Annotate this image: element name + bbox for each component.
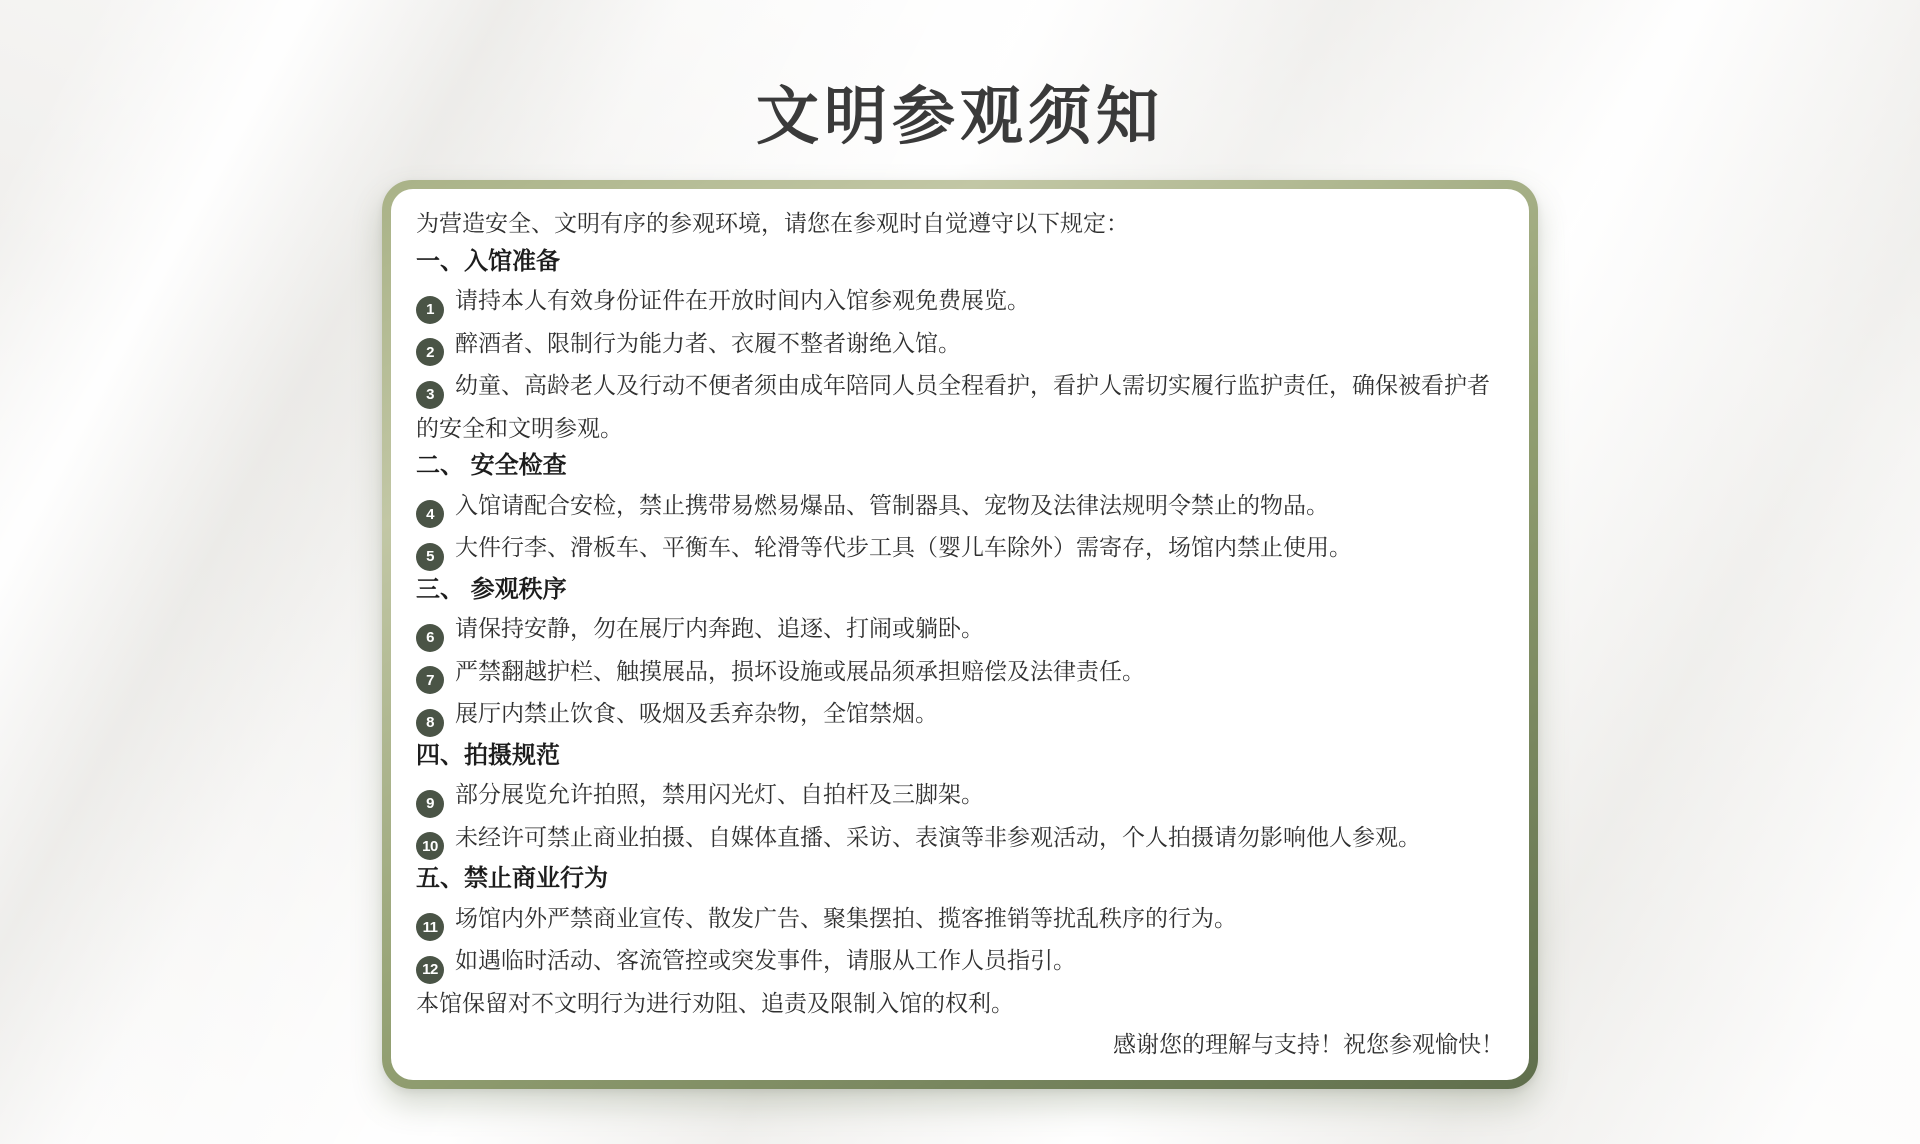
thanks-line: 感谢您的理解与支持！祝您参观愉快！: [416, 1022, 1504, 1066]
closing-line: 本馆保留对不文明行为进行劝阻、追责及限制入馆的权利。: [416, 984, 1504, 1023]
notice-item: 4入馆请配合安检，禁止携带易燃易爆品、管制器具、宠物及法律法规明令禁止的物品。: [416, 486, 1504, 529]
item-number-badge: 3: [416, 381, 444, 409]
section-heading-no-commercial-activity: 五、禁止商业行为: [416, 860, 1504, 899]
item-text: 请持本人有效身份证件在开放时间内入馆参观免费展览。: [455, 287, 1030, 313]
item-text: 场馆内外严禁商业宣传、散发广告、聚集摆拍、揽客推销等扰乱秩序的行为。: [455, 905, 1237, 931]
section-heading-visit-order: 三、 参观秩序: [416, 571, 1504, 610]
item-text: 严禁翻越护栏、触摸展品，损坏设施或展品须承担赔偿及法律责任。: [455, 658, 1145, 684]
item-number-badge: 1: [416, 296, 444, 324]
item-number-badge: 4: [416, 500, 444, 528]
item-number-badge: 6: [416, 624, 444, 652]
notice-item: 3幼童、高龄老人及行动不便者须由成年陪同人员全程看护，看护人需切实履行监护责任，…: [416, 366, 1504, 447]
intro-line: 为营造安全、文明有序的参观环境，请您在参观时自觉遵守以下规定：: [416, 204, 1504, 243]
item-text: 部分展览允许拍照，禁用闪光灯、自拍杆及三脚架。: [455, 781, 984, 807]
item-number-badge: 5: [416, 543, 444, 571]
notice-item: 1请持本人有效身份证件在开放时间内入馆参观免费展览。: [416, 281, 1504, 324]
item-text: 如遇临时活动、客流管控或突发事件，请服从工作人员指引。: [455, 947, 1076, 973]
item-number-badge: 10: [416, 832, 444, 860]
item-number-badge: 11: [416, 913, 444, 941]
notice-item: 10未经许可禁止商业拍摄、自媒体直播、采访、表演等非参观活动，个人拍摄请勿影响他…: [416, 818, 1504, 861]
item-number-badge: 2: [416, 338, 444, 366]
notice-item: 11场馆内外严禁商业宣传、散发广告、聚集摆拍、揽客推销等扰乱秩序的行为。: [416, 899, 1504, 942]
notice-item: 9部分展览允许拍照，禁用闪光灯、自拍杆及三脚架。: [416, 775, 1504, 818]
item-text: 请保持安静，勿在展厅内奔跑、追逐、打闹或躺卧。: [455, 615, 984, 641]
section-heading-security-check: 二、 安全检查: [416, 447, 1504, 486]
item-text: 幼童、高龄老人及行动不便者须由成年陪同人员全程看护，看护人需切实履行监护责任，确…: [416, 372, 1490, 441]
notice-item: 6请保持安静，勿在展厅内奔跑、追逐、打闹或躺卧。: [416, 609, 1504, 652]
notice-item: 8展厅内禁止饮食、吸烟及丢弃杂物，全馆禁烟。: [416, 694, 1504, 737]
notice-item: 12如遇临时活动、客流管控或突发事件，请服从工作人员指引。: [416, 941, 1504, 984]
page-title: 文明参观须知: [0, 0, 1920, 163]
item-text: 展厅内禁止饮食、吸烟及丢弃杂物，全馆禁烟。: [455, 700, 938, 726]
item-text: 醉酒者、限制行为能力者、衣履不整者谢绝入馆。: [455, 330, 961, 356]
notice-item: 2醉酒者、限制行为能力者、衣履不整者谢绝入馆。: [416, 324, 1504, 367]
item-number-badge: 7: [416, 666, 444, 694]
notice-card-frame: 为营造安全、文明有序的参观环境，请您在参观时自觉遵守以下规定： 一、入馆准备 1…: [382, 180, 1538, 1089]
notice-item: 7严禁翻越护栏、触摸展品，损坏设施或展品须承担赔偿及法律责任。: [416, 652, 1504, 695]
item-number-badge: 12: [416, 956, 444, 984]
item-text: 入馆请配合安检，禁止携带易燃易爆品、管制器具、宠物及法律法规明令禁止的物品。: [455, 492, 1329, 518]
page-background: { "page": { "title": "文明参观须知" }, "card":…: [0, 0, 1920, 1144]
item-text: 未经许可禁止商业拍摄、自媒体直播、采访、表演等非参观活动，个人拍摄请勿影响他人参…: [455, 824, 1421, 850]
notice-card: 为营造安全、文明有序的参观环境，请您在参观时自觉遵守以下规定： 一、入馆准备 1…: [391, 189, 1529, 1080]
section-heading-photography-rules: 四、拍摄规范: [416, 737, 1504, 776]
item-number-badge: 8: [416, 709, 444, 737]
notice-item: 5大件行李、滑板车、平衡车、轮滑等代步工具（婴儿车除外）需寄存，场馆内禁止使用。: [416, 528, 1504, 571]
item-text: 大件行李、滑板车、平衡车、轮滑等代步工具（婴儿车除外）需寄存，场馆内禁止使用。: [455, 534, 1352, 560]
item-number-badge: 9: [416, 790, 444, 818]
section-heading-entry-preparation: 一、入馆准备: [416, 243, 1504, 282]
